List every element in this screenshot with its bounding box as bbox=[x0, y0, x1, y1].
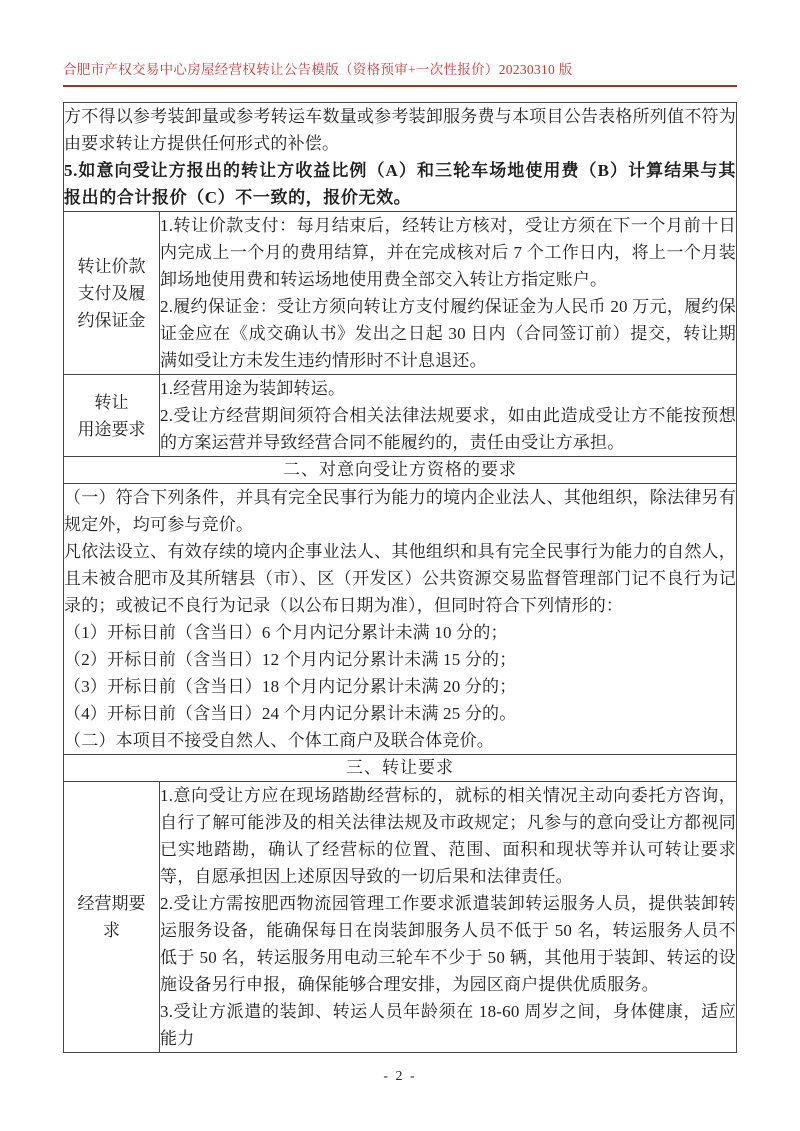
paragraph: （3）开标日前（含当日）18 个月内记分累计未满 20 分的； bbox=[64, 673, 736, 700]
section3-header-row: 三、转让要求 bbox=[64, 755, 737, 782]
intro-clause5-text: 5.如意向受让方报出的转让方收益比例（A）和三轮车场地使用费（B）计算结果与其报… bbox=[64, 157, 736, 211]
paragraph: （一）符合下列条件，并具有完全民事行为能力的境内企业法人、其他组织，除法律另有规… bbox=[64, 484, 736, 538]
paragraph: 3.受让方派遣的装卸、转运人员年龄须在 18-60 周岁之间，身体健康，适应能力 bbox=[160, 998, 736, 1052]
payment-deposit-label: 转让价款 支付及履 约保证金 bbox=[64, 212, 160, 375]
operation-requirement-label: 经营期要 求 bbox=[64, 782, 160, 1053]
row-usage-requirement: 转让 用途要求 1.经营用途为装卸转运。 2.受让方经营期间须符合相关法律法规要… bbox=[64, 375, 737, 457]
operation-requirement-content: 1.意向受让方应在现场踏勘经营标的，就标的相关情况主动向委托方咨询，自行了解可能… bbox=[160, 782, 737, 1053]
paragraph: 凡依法设立、有效存续的境内企事业法人、其他组织和具有完全民事行为能力的自然人，且… bbox=[64, 538, 736, 619]
usage-requirement-label: 转让 用途要求 bbox=[64, 375, 160, 457]
header-rule bbox=[63, 85, 737, 87]
section2-body-row: （一）符合下列条件，并具有完全民事行为能力的境内企业法人、其他组织，除法律另有规… bbox=[64, 484, 737, 755]
intro-cell: 方不得以参考装卸量或参考转运车数量或参考装卸服务费与本项目公告表格所列值不符为由… bbox=[64, 103, 737, 212]
paragraph: （1）开标日前（含当日）6 个月内记分累计未满 10 分的； bbox=[64, 619, 736, 646]
paragraph: 1.经营用途为装卸转运。 bbox=[160, 375, 736, 402]
paragraph: 2.履约保证金：受让方须向转让方支付履约保证金为人民币 20 万元，履约保证金应… bbox=[160, 293, 736, 374]
document-page: 合肥市产权交易中心房屋经营权转让公告模版（资格预审+一次性报价）20230310… bbox=[0, 0, 800, 1131]
paragraph: 1.意向受让方应在现场踏勘经营标的，就标的相关情况主动向委托方咨询，自行了解可能… bbox=[160, 782, 736, 890]
page-number: - 2 - bbox=[63, 1069, 737, 1085]
doc-title: 合肥市产权交易中心房屋经营权转让公告模版（资格预审+一次性报价）20230310… bbox=[63, 60, 737, 85]
intro-row: 方不得以参考装卸量或参考转运车数量或参考装卸服务费与本项目公告表格所列值不符为由… bbox=[64, 103, 737, 212]
section3-title: 三、转让要求 bbox=[64, 755, 737, 782]
paragraph: 2.受让方经营期间须符合相关法律法规要求，如由此造成受让方不能按预想的方案运营并… bbox=[160, 402, 736, 456]
intro-continuation-text: 方不得以参考装卸量或参考转运车数量或参考装卸服务费与本项目公告表格所列值不符为由… bbox=[64, 103, 736, 157]
label-line: 支付及履 bbox=[64, 280, 159, 307]
label-line: 经营期要 bbox=[64, 890, 159, 917]
announcement-table: 方不得以参考装卸量或参考转运车数量或参考装卸服务费与本项目公告表格所列值不符为由… bbox=[63, 102, 737, 1053]
label-line: 求 bbox=[64, 917, 159, 944]
paragraph: （2）开标日前（含当日）12 个月内记分累计未满 15 分的； bbox=[64, 646, 736, 673]
section2-body: （一）符合下列条件，并具有完全民事行为能力的境内企业法人、其他组织，除法律另有规… bbox=[64, 484, 737, 755]
section2-header-row: 二、对意向受让方资格的要求 bbox=[64, 457, 737, 484]
row-payment-deposit: 转让价款 支付及履 约保证金 1.转让价款支付：每月结束后，经转让方核对，受让方… bbox=[64, 212, 737, 375]
paragraph: （二）本项目不接受自然人、个体工商户及联合体竞价。 bbox=[64, 727, 736, 754]
label-line: 约保证金 bbox=[64, 307, 159, 334]
label-line: 转让价款 bbox=[64, 253, 159, 280]
paragraph: 2.受让方需按肥西物流园管理工作要求派遣装卸转运服务人员，提供装卸转运服务设备，… bbox=[160, 890, 736, 998]
usage-requirement-content: 1.经营用途为装卸转运。 2.受让方经营期间须符合相关法律法规要求，如由此造成受… bbox=[160, 375, 737, 457]
paragraph: 1.转让价款支付：每月结束后，经转让方核对，受让方须在下一个月前十日内完成上一个… bbox=[160, 212, 736, 293]
section2-title: 二、对意向受让方资格的要求 bbox=[64, 457, 737, 484]
row-operation-requirement: 经营期要 求 1.意向受让方应在现场踏勘经营标的，就标的相关情况主动向委托方咨询… bbox=[64, 782, 737, 1053]
payment-deposit-content: 1.转让价款支付：每月结束后，经转让方核对，受让方须在下一个月前十日内完成上一个… bbox=[160, 212, 737, 375]
label-line: 转让 bbox=[64, 389, 159, 416]
label-line: 用途要求 bbox=[64, 416, 159, 443]
paragraph: （4）开标日前（含当日）24 个月内记分累计未满 25 分的。 bbox=[64, 700, 736, 727]
